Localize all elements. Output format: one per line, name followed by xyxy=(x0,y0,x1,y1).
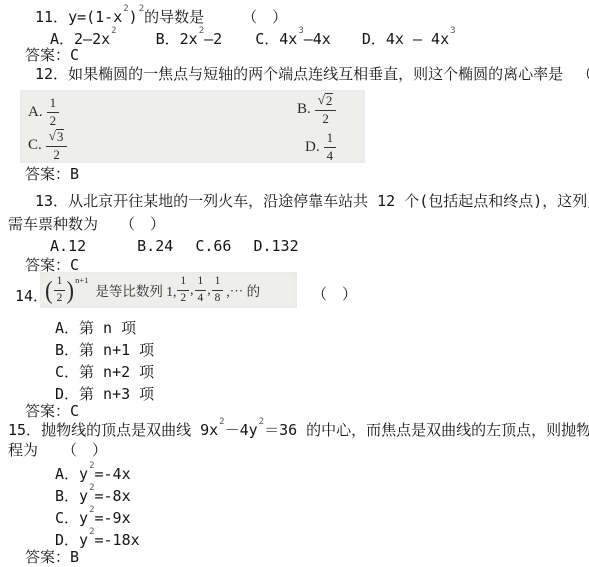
question-13-number: 13． xyxy=(35,192,68,210)
question-15-stem-line2: 程为（ ） xyxy=(8,441,107,460)
fraction: √22 xyxy=(315,93,337,127)
question-15-number: 15． xyxy=(8,421,41,439)
fraction-numerator: 1 xyxy=(324,131,337,148)
close-parenthesis: ) xyxy=(66,278,74,303)
answer-blank-parentheses: （ ） xyxy=(312,285,357,304)
fraction-denominator: 2 xyxy=(180,291,186,305)
option-d: D. 14 xyxy=(305,131,336,164)
fraction: 12 xyxy=(54,275,66,304)
exponent: 2 xyxy=(89,527,94,537)
exponent: 2 xyxy=(259,417,264,427)
option-a: A．y2=-4x xyxy=(55,462,131,484)
formula-text: 是等比数列 1, xyxy=(95,280,176,300)
option-label: D． xyxy=(362,30,386,48)
option-label: C. xyxy=(28,137,42,154)
option-b: B. √22 xyxy=(297,93,336,127)
option-c: C．第 n+2 项 xyxy=(55,363,154,382)
option-expression: y xyxy=(79,509,88,527)
answer-blank-parentheses: （ ） xyxy=(577,65,589,84)
fraction: 14 xyxy=(324,131,337,164)
option-expression-tail: —4x xyxy=(304,30,331,48)
question-11-options: A．2—2x2 B．2x2—2 C．4x3—4x D．4x — 4x3 xyxy=(50,27,456,49)
answer-blank-parentheses: （ ） xyxy=(242,8,287,27)
option-b: B．第 n+1 项 xyxy=(55,341,154,360)
option-label: C． xyxy=(55,509,79,527)
question-12-answer: 答案：B xyxy=(25,165,79,184)
option-c: C. √32 xyxy=(28,129,67,163)
option-label: B． xyxy=(55,487,79,505)
option-label: A． xyxy=(55,465,79,483)
exponent: 2 xyxy=(139,4,144,14)
question-15-stem-line1: 15．抛物线的顶点是双曲线 9x2－4y2＝36 的中心，而焦点是双曲线的左顶点… xyxy=(8,418,589,440)
option-expression-tail: =-18x xyxy=(94,531,139,549)
option-label: C． xyxy=(255,30,279,48)
radical-sign: √ xyxy=(49,129,56,142)
option-a: A. 12 xyxy=(28,96,59,129)
radicand: 2 xyxy=(325,93,334,109)
question-15-text-tail: ＝36 的中心，而焦点是双曲线的左顶点，则抛物线的方 xyxy=(264,421,589,439)
fraction-numerator: 1 xyxy=(54,275,66,290)
radical-sign: √ xyxy=(318,93,325,106)
option-c: C．y2=-9x xyxy=(55,506,131,528)
exponent: n+1 xyxy=(75,275,88,285)
option-expression: 4x — 4x xyxy=(386,30,449,48)
formula-text-tail: ,⋯ 的 xyxy=(226,280,260,300)
option-expression: y xyxy=(79,487,88,505)
exponent: 2 xyxy=(89,461,94,471)
fraction-denominator: 4 xyxy=(198,291,204,305)
option-d: D．y2=-18x xyxy=(55,528,140,550)
question-11-expression-mid: ) xyxy=(129,8,138,26)
question-11-expression: y=(1-x xyxy=(68,8,122,26)
question-15-text: 抛物线的顶点是双曲线 9x xyxy=(41,421,218,439)
question-12-number: 12． xyxy=(35,65,68,83)
option-expression: 2—2x xyxy=(74,30,110,48)
question-12-text: 如果椭圆的一焦点与短轴的两个端点连线互相垂直，则这个椭圆的离心率是 xyxy=(68,65,563,83)
fraction-numerator: 1 xyxy=(177,275,189,290)
fraction-numerator: 1 xyxy=(195,275,207,290)
fraction-numerator: 1 xyxy=(212,275,224,290)
option-expression-tail: =-8x xyxy=(94,487,130,505)
exponent: 3 xyxy=(450,26,455,36)
option-d: D．4x — 4x3 xyxy=(362,27,456,49)
option-b: B．y2=-8x xyxy=(55,484,131,506)
question-13-stem-line2: 需车票种数为（ ） xyxy=(8,215,165,234)
option-label: D． xyxy=(55,531,79,549)
option-label: B． xyxy=(156,30,180,48)
exponent: 2 xyxy=(111,26,116,36)
option-expression-tail: =-4x xyxy=(94,465,130,483)
fraction-numerator: √2 xyxy=(315,93,337,111)
option-expression-tail: =-9x xyxy=(94,509,130,527)
exponent: 3 xyxy=(298,26,303,36)
fraction: 14 xyxy=(195,275,207,304)
question-14-formula-scanned-image: ( 12 ) n+1 是等比数列 1, 12 , 14 , 18 ,⋯ 的 xyxy=(40,272,297,308)
fraction-denominator: 8 xyxy=(215,291,221,305)
option-d: D.132 xyxy=(253,237,298,256)
option-expression: y xyxy=(79,465,88,483)
comma: , xyxy=(190,282,193,298)
question-11-answer: 答案：C xyxy=(25,46,79,65)
option-expression: y xyxy=(79,531,88,549)
exponent: 2 xyxy=(89,483,94,493)
option-label: D. xyxy=(305,139,320,156)
exponent: 2 xyxy=(89,505,94,515)
option-b: B.24 xyxy=(137,237,173,256)
question-13-stem-line1: 13．从北京开往某地的一列火车，沿途停靠车站共 12 个(包括起点和终点)，这列… xyxy=(35,192,589,211)
option-c: C．4x3—4x xyxy=(255,27,331,49)
fraction-denominator: 2 xyxy=(322,111,329,127)
exponent: 2 xyxy=(219,417,224,427)
question-15-expression: －4y xyxy=(225,421,258,439)
question-11-text: 的导数是 xyxy=(144,8,204,26)
math-test-document-page: 11．y=(1-x2)2的导数是（ ） A．2—2x2 B．2x2—2 C．4x… xyxy=(0,0,589,567)
option-c: C.66 xyxy=(195,237,231,256)
question-13-options: A.12 B.24 C.66 D.132 xyxy=(50,237,299,256)
question-12-options-scanned-image: A. 12 B. √22 C. √32 D. 14 xyxy=(20,90,365,163)
option-a: A．第 n 项 xyxy=(55,319,136,338)
exponent: 2 xyxy=(123,4,128,14)
comma: , xyxy=(207,282,210,298)
option-expression-tail: —2 xyxy=(204,30,222,48)
option-label: A. xyxy=(28,104,43,121)
fraction: 12 xyxy=(47,96,60,129)
fraction-denominator: 2 xyxy=(50,113,57,129)
fraction: √32 xyxy=(46,129,68,163)
fraction-denominator: 2 xyxy=(53,147,60,163)
fraction-numerator: 1 xyxy=(47,96,60,113)
question-15-answer: 答案：B xyxy=(25,548,79,567)
question-15-text-continued: 程为 xyxy=(8,441,38,459)
fraction-denominator: 4 xyxy=(327,148,334,164)
fraction-numerator: √3 xyxy=(46,129,68,147)
exponent: 2 xyxy=(199,26,204,36)
fraction-denominator: 2 xyxy=(57,291,63,305)
radicand: 3 xyxy=(56,129,65,145)
fraction: 18 xyxy=(212,275,224,304)
question-11-number: 11． xyxy=(35,8,68,26)
answer-blank-parentheses: （ ） xyxy=(62,441,107,460)
fraction: 12 xyxy=(177,275,189,304)
question-12-stem: 12．如果椭圆的一焦点与短轴的两个端点连线互相垂直，则这个椭圆的离心率是（ ） xyxy=(35,65,589,84)
open-parenthesis: ( xyxy=(45,278,53,303)
option-a: A.12 xyxy=(50,237,86,256)
answer-blank-parentheses: （ ） xyxy=(120,215,165,234)
question-13-text-continued: 需车票种数为 xyxy=(8,215,98,233)
option-expression: 2x xyxy=(180,30,198,48)
question-11-stem: 11．y=(1-x2)2的导数是（ ） xyxy=(35,5,287,27)
option-expression: 4x xyxy=(279,30,297,48)
option-label: B. xyxy=(297,101,311,118)
option-b: B．2x2—2 xyxy=(156,27,223,49)
question-13-text: 从北京开往某地的一列火车，沿途停靠车站共 12 个(包括起点和终点)，这列火车共 xyxy=(68,192,589,210)
